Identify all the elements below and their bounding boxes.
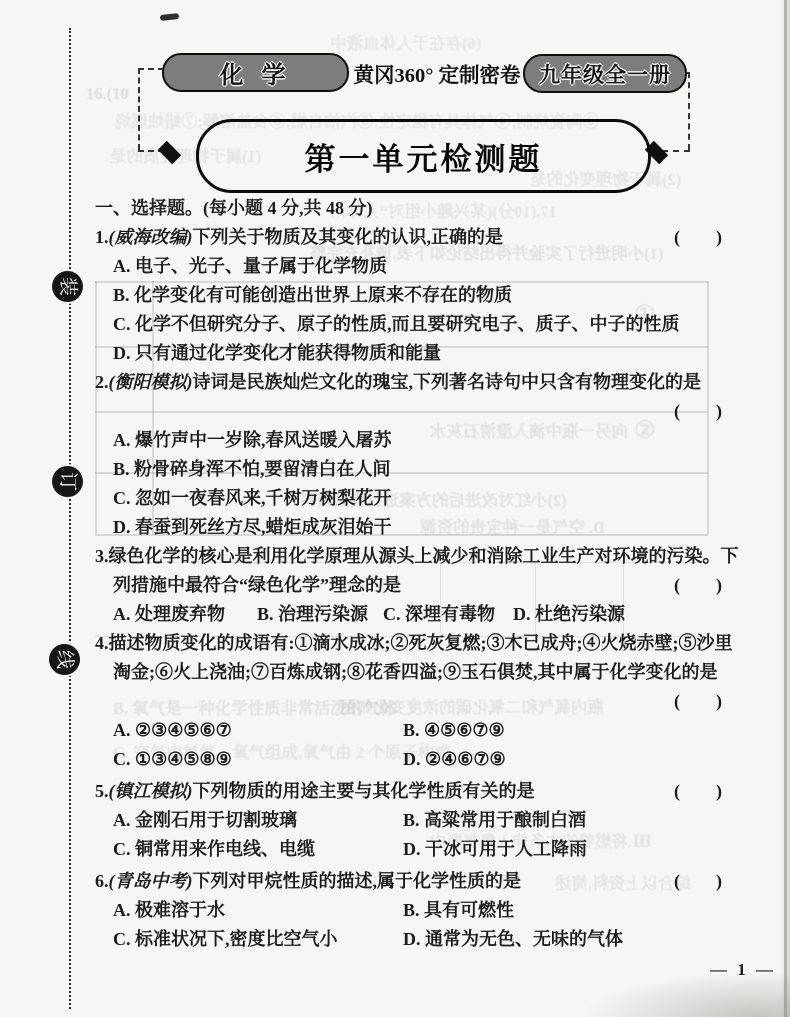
scan-corner-mark — [160, 13, 180, 21]
q1-option-b: B. 化学变化有可能创造出世界上原来不存在的物质 — [95, 281, 750, 310]
binding-badge-ding: 订 — [52, 466, 83, 497]
q3-text: 列措施中最符合“绿色化学”理念的是 — [113, 575, 401, 595]
q1-option-c: C. 化学不但研究分子、原子的性质,而且要研究电子、质子、中子的性质 — [95, 310, 750, 339]
q6-options-row-ab: A. 极难溶于水 B. 具有可燃性 — [95, 896, 750, 925]
q4-stem-line1: 4.描述物质变化的成语有:①滴水成冰;②死灰复燃;③木已成舟;④火烧赤壁;⑤沙里 — [95, 629, 750, 658]
q1-stem: 1.(威海改编)下列关于物质及其变化的认识,正确的是 ( ) — [95, 223, 750, 252]
exam-page: 16.(10 (6)存在于人体血液中 ③陶瓷烧制;④气体具有稳定性;⑤汽油自燃;… — [0, 0, 790, 1017]
q3-option-b: B. 治理污染源 — [257, 600, 368, 629]
binding-dotted-line — [69, 28, 71, 1009]
q6-options-row-cd: C. 标准状况下,密度比空气小 D. 通常为无色、无味的气体 — [95, 925, 750, 954]
q6-option-d: D. 通常为无色、无味的气体 — [403, 925, 750, 954]
q4-options-row-cd: C. ①③④⑤⑧⑨ D. ②④⑥⑦⑨ — [95, 745, 750, 774]
q2-stem: 2.(衡阳模拟)诗词是民族灿烂文化的瑰宝,下列著名诗句中只含有物理变化的是 — [95, 368, 750, 397]
q1-option-a: A. 电子、光子、量子属于化学物质 — [95, 252, 750, 281]
dashed-bracket-right-connector — [662, 150, 690, 152]
q2-option-d: D. 春蚕到死丝方尽,蜡炬成灰泪始干 — [95, 513, 750, 542]
grade-pill: 九年级全一册 — [523, 54, 687, 93]
q1-source: (威海改编) — [109, 227, 193, 247]
q4-option-d: D. ②④⑥⑦⑨ — [403, 745, 750, 774]
binding-badge-zhuang: 装 — [52, 271, 83, 302]
q2-answer-paren: ( ) — [674, 397, 722, 426]
q3-option-a: A. 处理废弃物 — [113, 600, 225, 629]
q3-answer-paren: ( ) — [674, 571, 722, 600]
section-title: 一、选择题。(每小题 4 分,共 48 分) — [95, 194, 750, 223]
q6-option-c: C. 标准状况下,密度比空气小 — [95, 925, 403, 954]
q1-text: 下列关于物质及其变化的认识,正确的是 — [193, 227, 504, 247]
q2-option-b: B. 粉骨碎身浑不怕,要留清白在人间 — [95, 455, 750, 484]
q1-number: 1. — [95, 227, 109, 247]
q2-paren-line: ( ) — [95, 397, 750, 426]
dashed-bracket-right-side — [688, 72, 690, 150]
page-edge-line — [784, 0, 787, 1017]
q5-answer-paren: ( ) — [674, 777, 722, 806]
q3-options-row: A. 处理废弃物 B. 治理污染源 C. 深埋有毒物 D. 杜绝污染源 — [95, 600, 750, 629]
q2-option-a: A. 爆竹声中一岁除,春风送暖入屠苏 — [95, 426, 750, 455]
q4-options-row-ab: A. ②③④⑤⑥⑦ B. ④⑤⑥⑦⑨ — [95, 716, 750, 745]
q6-source: (青岛中考) — [109, 871, 193, 891]
q5-option-d: D. 干冰可用于人工降雨 — [403, 835, 750, 864]
binding-badge-xian: 线 — [49, 644, 80, 675]
q3-option-c: C. 深埋有毒物 — [383, 600, 495, 629]
q2-text: 诗词是民族灿烂文化的瑰宝,下列著名诗句中只含有物理变化的是 — [193, 372, 702, 392]
q4-option-c: C. ①③④⑤⑧⑨ — [95, 745, 403, 774]
q2-number: 2. — [95, 372, 109, 392]
q6-option-b: B. 具有可燃性 — [403, 896, 750, 925]
dashed-bracket-left-side — [138, 68, 140, 150]
q4-paren-line: ( ) — [95, 687, 750, 716]
q3-stem-line1: 3.绿色化学的核心是利用化学原理从源头上减少和消除工业生产对环境的污染。下 — [95, 542, 750, 571]
bleedthrough-text: (6)存在于人体血液中 — [330, 30, 481, 54]
q4-option-a: A. ②③④⑤⑥⑦ — [95, 716, 403, 745]
q5-options-row-cd: C. 铜常用来作电线、电缆 D. 干冰可用于人工降雨 — [95, 835, 750, 864]
q3-option-d: D. 杜绝污染源 — [513, 600, 625, 629]
q5-option-b: B. 高粱常用于酿制白酒 — [403, 806, 750, 835]
q1-answer-paren: ( ) — [674, 223, 722, 252]
q5-text: 下列物质的用途主要与其化学性质有关的是 — [193, 781, 535, 801]
unit-title: 第一单元检测题 — [305, 134, 543, 179]
q6-stem: 6.(青岛中考)下列对甲烷性质的描述,属于化学性质的是 ( ) — [95, 867, 750, 896]
subject-pill: 化 学 — [162, 53, 349, 92]
exam-content: 一、选择题。(每小题 4 分,共 48 分) 1.(威海改编)下列关于物质及其变… — [95, 194, 750, 954]
q4-stem-line2: 淘金;⑥火上浇油;⑦百炼成钢;⑧花香四溢;⑨玉石俱焚,其中属于化学变化的是 — [95, 658, 750, 687]
q1-option-d: D. 只有通过化学变化才能获得物质和能量 — [95, 339, 750, 368]
unit-title-banner: 第一单元检测题 — [196, 119, 651, 193]
q5-source: (镇江模拟) — [109, 781, 193, 801]
q2-source: (衡阳模拟) — [109, 372, 193, 392]
q4-answer-paren: ( ) — [674, 687, 722, 716]
q5-option-c: C. 铜常用来作电线、电缆 — [95, 835, 403, 864]
q4-option-b: B. ④⑤⑥⑦⑨ — [403, 716, 750, 745]
q5-number: 5. — [95, 781, 109, 801]
q6-number: 6. — [95, 871, 109, 891]
q5-stem: 5.(镇江模拟)下列物质的用途主要与其化学性质有关的是 ( ) — [95, 777, 750, 806]
brand-title: 黄冈360° 定制密卷 — [351, 60, 523, 86]
dashed-bracket-left-top — [138, 68, 164, 70]
q5-option-a: A. 金刚石用于切割玻璃 — [95, 806, 403, 835]
q6-answer-paren: ( ) — [674, 867, 722, 896]
q5-options-row-ab: A. 金刚石用于切割玻璃 B. 高粱常用于酿制白酒 — [95, 806, 750, 835]
bleedthrough-text: 16.(10 — [86, 84, 129, 104]
q6-option-a: A. 极难溶于水 — [95, 896, 403, 925]
q3-stem-line2: 列措施中最符合“绿色化学”理念的是 ( ) — [95, 571, 750, 600]
page-number: — 1 — — [710, 960, 776, 980]
q2-option-c: C. 忽如一夜春风来,千树万树梨花开 — [95, 484, 750, 513]
q6-text: 下列对甲烷性质的描述,属于化学性质的是 — [193, 871, 522, 891]
